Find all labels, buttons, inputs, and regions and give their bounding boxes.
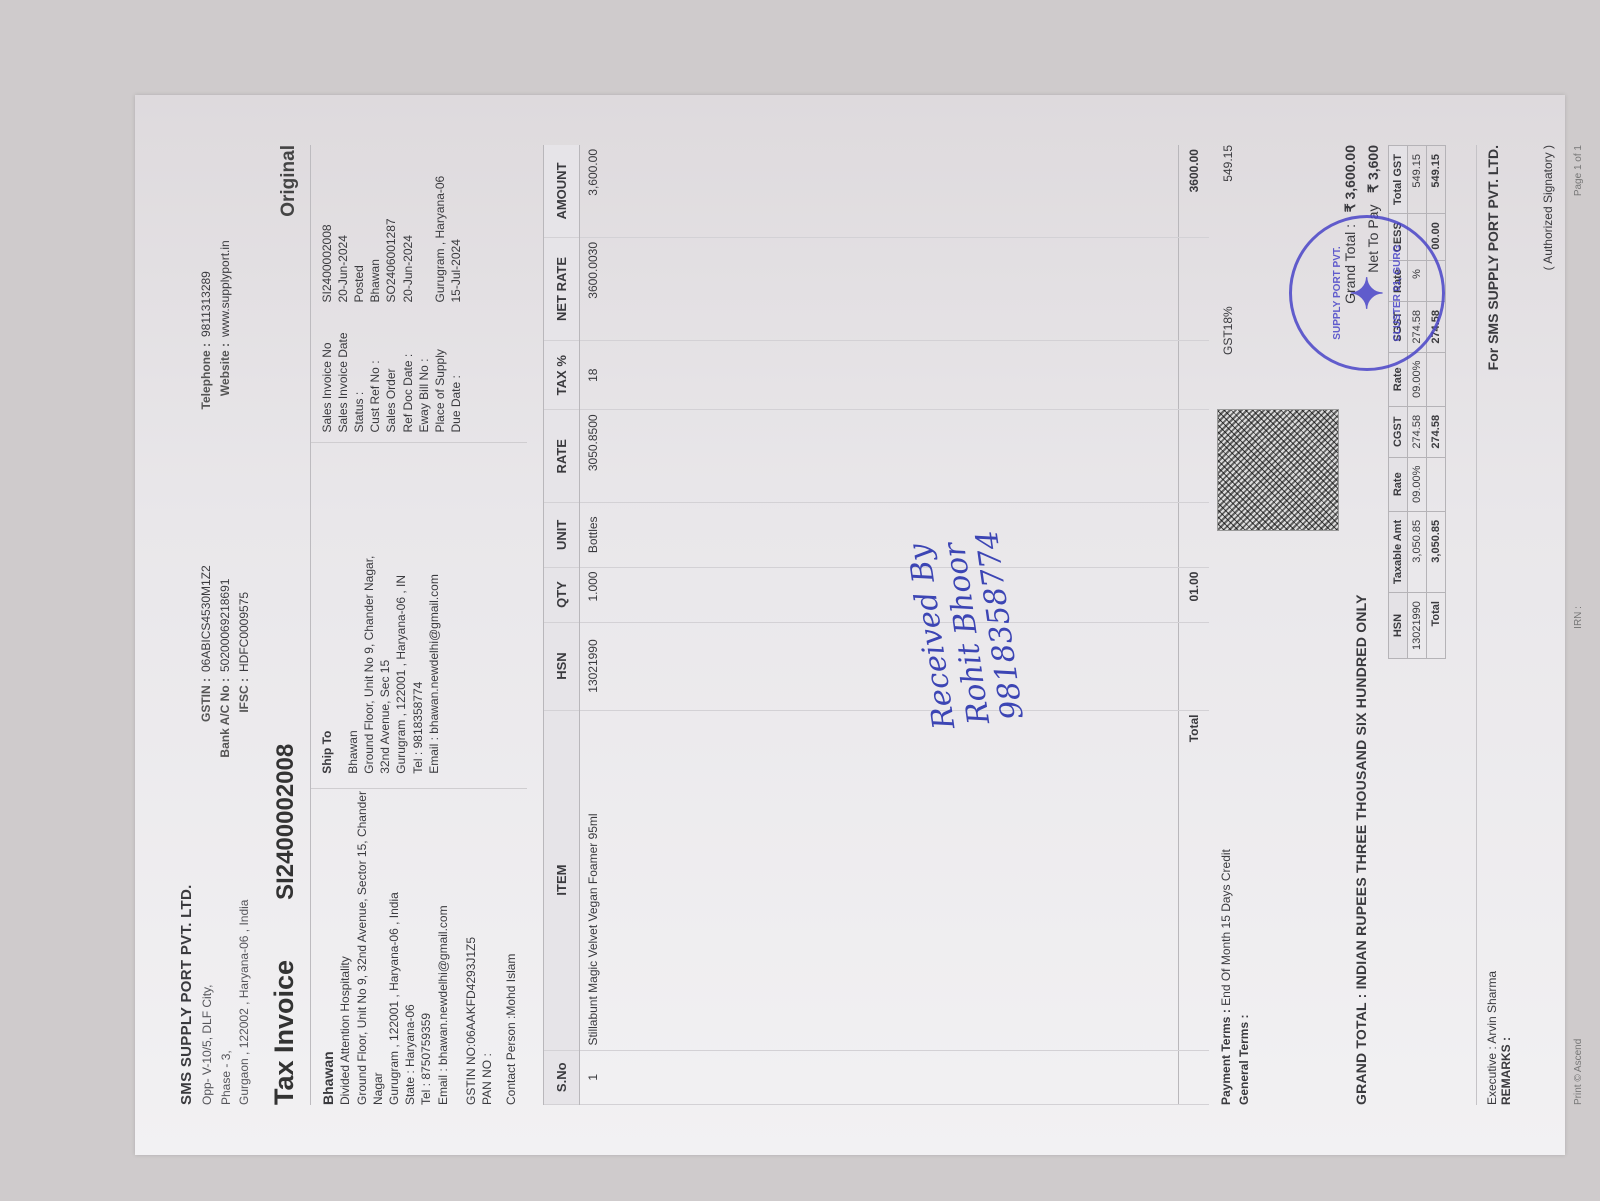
hsn-column-header: HSN [1389,593,1408,659]
company-address-line-1: Opp- V-10/5, DLF City, [198,775,217,1105]
meta-value: SI2400002008 [319,224,335,302]
meta-label: Ref Doc Date : [400,303,416,433]
telephone-label: Telephone : [197,343,216,435]
hsn-total-cell [1427,457,1446,511]
column-header: NET RATE [544,238,580,341]
column-header: QTY [544,567,580,622]
hsn-cell: 549.15 [1408,146,1427,214]
meta-label: Cust Ref No : [367,303,383,433]
parties-section: Bhawan Divided Attention Hospitality Gro… [310,145,528,1105]
meta-row: Sales Invoice Date20-Jun-2024 [335,145,351,433]
meta-row: Cust Ref No :Bhawan [367,145,383,433]
ship-to: Ship To Bhawan Ground Floor, Unit No 9, … [311,444,528,789]
table-total-row: Total 01.00 3600.00 [1179,145,1210,1105]
bill-to-company: Divided Attention Hospitality [337,789,353,1105]
bill-to-gstin: GSTIN NO:06AAKFD4293J1Z5 [463,789,479,1105]
document-title: Tax Invoice [269,960,300,1105]
company-name: SMS SUPPLY PORT PVT. LTD. [175,775,198,1105]
bill-to-tel: Tel : 8750759359 [418,789,434,1105]
meta-row: Status :Posted [351,145,367,433]
cell-item: Stillabunt Magic Velvet Vegan Foamer 95m… [580,710,607,1050]
grand-total-in-words: GRAND TOTAL : INDIAN RUPEES THREE THOUSA… [1353,594,1369,1105]
hsn-total-cell: 274.58 [1427,406,1446,457]
ifsc-code: HDFC0009575 [235,592,254,672]
hsn-column-header: Total GST [1389,146,1408,214]
ship-to-label: Ship To [319,458,335,774]
signature-area: Executive : Arvin Sharma REMARKS : For S… [1476,145,1555,1105]
cell-net-rate: 3600.0030 [580,238,607,341]
company-address-line-3: Gurgaon , 122002 , Haryana-06 , India [235,775,254,1105]
company-website: www.supplyport.in [216,240,235,337]
bill-to-email: Email : bhawan.newdelhi@gmail.com [435,789,451,1105]
company-header: SMS SUPPLY PORT PVT. LTD. Opp- V-10/5, D… [175,145,255,1105]
authorized-signatory: ( Authorized Signatory ) [1541,145,1555,370]
meta-value: 20-Jun-2024 [400,235,416,302]
website-label: Website : [216,343,235,435]
ship-to-email: Email : bhawan.newdelhi@gmail.com [426,458,442,774]
hsn-column-header: Rate [1389,457,1408,511]
grand-total-value: ₹ 3,600.00 [1342,145,1358,212]
meta-value: 20-Jun-2024 [335,235,351,302]
gstin-label: GSTIN : [197,678,216,770]
column-header: HSN [544,622,580,710]
printer-note: Print © Ascend [1573,1039,1584,1105]
cell-unit: Bottles [580,503,607,567]
stamp-bottom-text: CLUSTER 01, GURG [1392,245,1403,342]
stamp-logo-icon: ✦ [1343,245,1392,342]
ifsc-label: IFSC : [235,678,254,770]
meta-value: 15-Jul-2024 [448,239,464,302]
bill-to-name: Bhawan [319,789,338,1105]
meta-label: Due Date : [448,303,464,433]
meta-value: Gurugram , Haryana-06 [432,176,448,303]
hsn-total-cell: Total [1427,593,1446,659]
column-header: ITEM [544,710,580,1050]
hsn-total-cell: 549.15 [1427,146,1446,214]
meta-row: Sales OrderSO2406001287 [383,145,399,433]
bill-to-contact: Contact Person :Mohd Islam [503,789,519,1105]
remarks-label: REMARKS : [1499,971,1513,1105]
hsn-column-header: Taxable Amt [1389,511,1408,592]
hsn-cell: 09.00% [1408,352,1427,406]
column-header: RATE [544,410,580,503]
copy-label: Original [278,145,300,217]
meta-value: Posted [351,265,367,302]
ship-to-city: Gurugram , 122001 , Haryana-06 , IN [393,458,409,774]
title-row: Tax Invoice SI2400002008 Original [269,145,300,1105]
meta-row: Eway Bill No : [416,145,432,433]
cell-hsn: 13021990 [580,622,607,710]
company-address-line-2: Phase - 3, [217,775,236,1105]
company-stamp: SUPPLY PORT PVT. ✦ CLUSTER 01, GURG [1289,215,1445,371]
hsn-column-header: CGST [1389,406,1408,457]
qr-code [1217,409,1339,531]
invoice-sheet: SMS SUPPLY PORT PVT. LTD. Opp- V-10/5, D… [135,95,1565,1155]
cell-qty: 1.000 [580,567,607,622]
meta-row: Ref Doc Date :20-Jun-2024 [400,145,416,433]
cell-amount: 3,600.00 [580,145,607,238]
hsn-cell: 13021990 [1408,593,1427,659]
stamp-top-text: SUPPLY PORT PVT. [1332,245,1343,342]
general-terms-label: General Terms : [1237,1015,1251,1105]
column-header: S.No [544,1050,580,1104]
bill-to-pan: PAN NO : [479,789,495,1105]
ship-to-address-1: Ground Floor, Unit No 9, Chander Nagar, [361,458,377,774]
meta-value: Bhawan [367,259,383,302]
hsn-cell: 3,050.85 [1408,511,1427,592]
meta-label: Eway Bill No : [416,303,432,433]
bill-to-city: Gurugram , 122001 , Haryana-06 , India [386,789,402,1105]
column-header: UNIT [544,503,580,567]
meta-label: Place of Supply [432,303,448,433]
total-amount: 3600.00 [1179,145,1210,238]
total-qty: 01.00 [1179,567,1210,622]
net-to-pay-value: ₹ 3,600 [1365,145,1381,193]
meta-label: Status : [351,303,367,433]
items-table: S.NoITEMHSNQTYUNITRATETAX %NET RATEAMOUN… [543,145,1209,1105]
payment-terms-label: Payment Terms : [1219,1009,1233,1105]
hsn-cell: 09.00% [1408,457,1427,511]
executive: Executive : Arvin Sharma [1485,971,1499,1105]
cell-sno: 1 [580,1050,607,1104]
hsn-total-row: Total3,050.85274.58274.5800.00549.15 [1427,146,1446,659]
cell-rate: 3050.8500 [580,410,607,503]
page-number: Page 1 of 1 [1573,145,1584,196]
bank-ac-label: Bank A/C No : [216,678,235,770]
irn-label: IRN : [1573,606,1584,629]
company-gstin: 06ABICS4530M1Z2 [197,565,216,672]
hsn-total-cell: 3,050.85 [1427,511,1446,592]
table-empty-space [606,145,1179,1105]
gst-amount: 549.15 [1221,145,1339,182]
bill-to: Bhawan Divided Attention Hospitality Gro… [311,789,528,1105]
hsn-total-cell [1427,352,1446,406]
invoice-number: SI2400002008 [272,744,300,900]
for-company-label: For SMS SUPPLY PORT PVT. LTD. [1485,145,1501,370]
photo-frame: SMS SUPPLY PORT PVT. LTD. Opp- V-10/5, D… [120,60,1580,1190]
cell-tax: 18 [580,341,607,410]
column-header: AMOUNT [544,145,580,238]
meta-value: SO2406001287 [383,218,399,302]
payment-terms-value: End Of Month 15 Days Credit [1219,849,1233,1006]
meta-row: Sales Invoice NoSI2400002008 [319,145,335,433]
total-label: Total [1179,710,1210,1050]
invoice-meta: Sales Invoice NoSI2400002008Sales Invoic… [311,145,528,444]
meta-label: Sales Invoice No [319,303,335,433]
table-row: 1Stillabunt Magic Velvet Vegan Foamer 95… [580,145,607,1105]
meta-row: Place of SupplyGurugram , Haryana-06 [432,145,448,433]
irn-row: Print © Ascend IRN : Page 1 of 1 [1573,145,1584,1105]
meta-label: Sales Order [383,303,399,433]
column-header: TAX % [544,341,580,410]
ship-to-tel: Tel : 9818358774 [410,458,426,774]
ship-to-name: Bhawan [345,458,361,774]
bill-to-address: Ground Floor, Unit No 9, 32nd Avenue, Se… [354,789,386,1105]
bank-ac-number: 50200069218691 [216,579,235,672]
company-telephone: 9811313289 [197,271,216,337]
terms-block: Payment Terms : End Of Month 15 Days Cre… [1217,545,1339,1105]
meta-label: Sales Invoice Date [335,303,351,433]
ship-to-address-2: 32nd Avenue, Sec 15 [377,458,393,774]
hsn-cell: 274.58 [1408,406,1427,457]
bill-to-state: State : Haryana-06 [402,789,418,1105]
hsn-row: 130219903,050.8509.00%274.5809.00%274.58… [1408,146,1427,659]
meta-row: Due Date :15-Jul-2024 [448,145,464,433]
